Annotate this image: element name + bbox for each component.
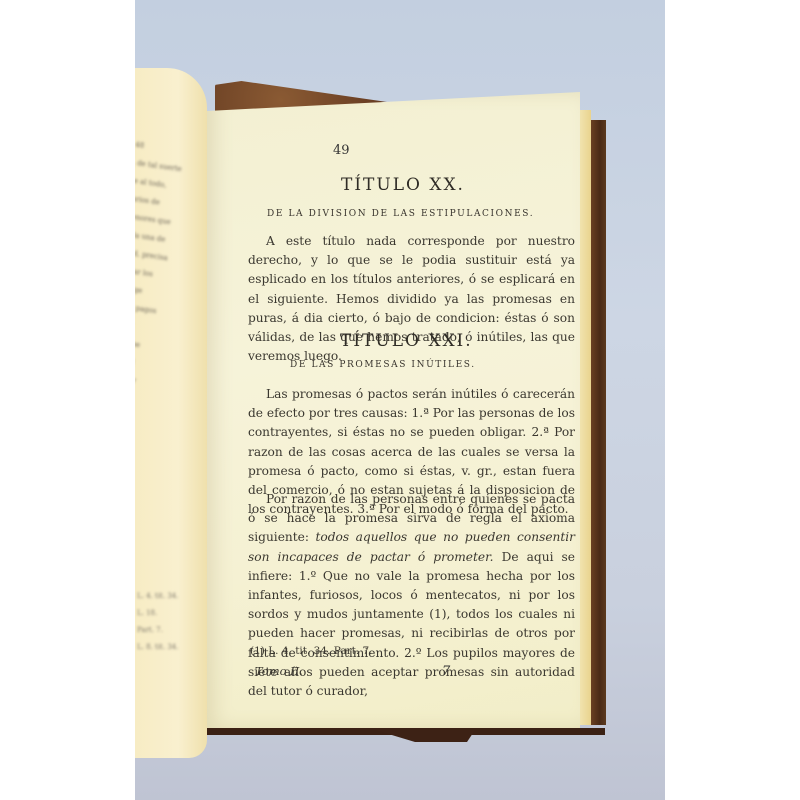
- page-number: 49: [333, 143, 350, 158]
- leather-cover-spine-edge: [590, 120, 606, 725]
- section-title-xxi: TÍTULO XXI.: [340, 331, 473, 351]
- section-title-xx: TÍTULO XX.: [341, 175, 465, 195]
- volume-label: Tomo II.: [255, 664, 303, 678]
- section-subtitle-xxi: De las promesas inútiles.: [290, 360, 476, 370]
- signature-mark: 7: [442, 664, 450, 679]
- left-page-number: 48: [135, 141, 145, 150]
- left-page-blurred-text: 48 , de tal suerte se al todo, varios de…: [135, 118, 202, 466]
- left-page-blurred-footnotes: L. 4. tit. 34. L. 18. Part. 7. L. 8. tit…: [137, 588, 201, 656]
- left-page: 48 , de tal suerte se al todo, varios de…: [135, 68, 207, 758]
- leather-cover-flap: [375, 730, 475, 742]
- section-subtitle-xx: De la division de las estipulaciones.: [267, 209, 534, 219]
- footnote: (1) L. 4. tit. 34. Part. 7.: [250, 645, 373, 657]
